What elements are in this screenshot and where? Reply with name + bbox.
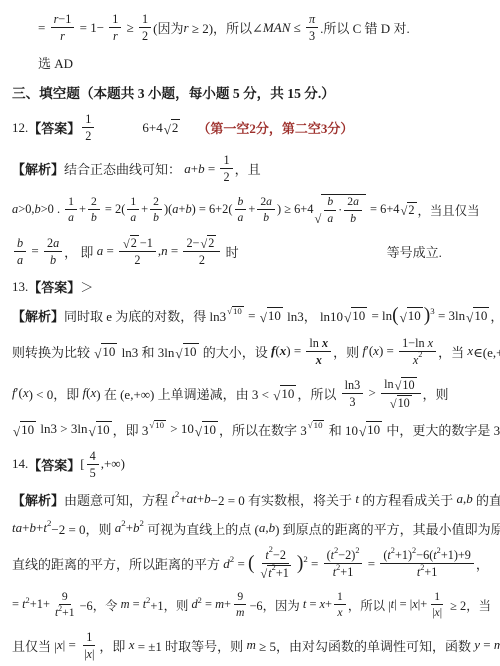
sqrt-expression: √10 (359, 421, 382, 438)
fraction: √2−12 (119, 235, 156, 267)
superscript: 2 (121, 519, 125, 528)
superscript: 3 (430, 307, 434, 316)
fraction: 1x (334, 590, 346, 620)
fraction: 2b (88, 195, 100, 225)
radical-sign-icon: √ (359, 421, 366, 438)
math-variable: b (91, 211, 97, 224)
fraction: 1|x| (81, 630, 97, 661)
fraction: ln33 (342, 378, 364, 409)
math-variable: π (309, 12, 315, 26)
fraction: 1a (127, 195, 139, 225)
fraction: (t2−2)2t2+1 (324, 548, 363, 579)
superscript: 2 (420, 564, 424, 572)
q13-analysis-line3: f′(x) < 0，即 f(x) 在 (e,+∞) 上单调递减，由 3 < √1… (12, 377, 494, 410)
q12-analysis-line2: a>0,b>0 . 1a+2b = 2(1a+2b)(a+b) = 6+2(ba… (12, 194, 494, 225)
math-variable: a (259, 520, 266, 536)
math-variable: r (184, 20, 189, 36)
radical-sign-icon: √ (175, 343, 182, 360)
sqrt-expression: √10 (195, 421, 218, 438)
math-variable: a (97, 243, 104, 259)
superscript: 2 (26, 596, 30, 604)
math-variable-bold: f (271, 343, 275, 359)
math-variable: f (83, 385, 87, 401)
q14-analysis-line4: = t2+1+9t2+1−6，令 m = t2+1，则 d2 = m+9m−6，… (12, 590, 494, 620)
math-variable-bold: x (316, 353, 322, 367)
fraction: ba (235, 195, 247, 225)
fraction: r−1r (51, 12, 75, 43)
superscript: 2 (303, 555, 307, 564)
math-variable: t (355, 491, 359, 507)
fraction: 9t2+1 (52, 590, 78, 620)
radical-sign-icon: √ (315, 194, 322, 225)
bold-label: 【答案】 (28, 455, 80, 474)
sqrt-expression: √10 (400, 307, 423, 324)
math-variable: r (60, 29, 65, 43)
q14-analysis-line5: 且仅当 |x| = 1|x|，即 x = ±1 时取等号，则 m ≥ 5，由对勾… (12, 630, 494, 661)
superscript: 2 (355, 547, 359, 555)
math-variable: x (129, 637, 135, 653)
math-variable: x (87, 647, 92, 661)
fraction: 2b (150, 195, 162, 225)
sqrt-expression: √2 (164, 119, 181, 136)
math-variable: b (153, 211, 159, 224)
math-variable: m (215, 597, 224, 612)
q11-solution-formula: = r−1r = 1− 1r ≥ 12(因为r ≥ 2)，所以∠MAN ≤ π3… (12, 12, 494, 43)
superscript: 2 (418, 351, 422, 359)
math-variable: f (362, 343, 366, 359)
q11-answer-choice: 选 AD (12, 53, 494, 72)
bold-label: 【答案】 (28, 118, 80, 137)
q14-analysis-line2: ta+b+t2−2 = 0，则 a2+b2 可视为直线上的点 (a,b) 到原点… (12, 519, 494, 538)
math-variable: b (327, 195, 333, 208)
radical-sign-icon: √ (123, 235, 130, 250)
q12-analysis-line1: 【解析】结合正态曲线可知： a+b = 12，且 (12, 153, 494, 184)
sqrt-expression: √10 (395, 377, 417, 392)
radical-sign-icon: √ (88, 421, 95, 438)
q13-analysis-line1: 【解析】同时取 e 为底的对数，得 ln3√10 = √10 ln3， ln10… (12, 306, 494, 326)
math-variable: y (474, 637, 480, 653)
fraction: 2−√22 (183, 235, 220, 267)
math-variable: m (236, 606, 244, 619)
big-paren: ( (248, 554, 255, 574)
math-variable: at (187, 491, 197, 507)
fraction: 12 (82, 112, 94, 143)
fraction: (t2+1)2−6(t2+1)+9t2+1 (380, 548, 474, 579)
math-variable: x (320, 597, 326, 612)
superscript: 2 (272, 564, 276, 572)
sqrt-expression: √2 (200, 235, 216, 250)
radical-sign-icon: √ (344, 307, 351, 324)
math-variable: b (17, 236, 23, 250)
math-variable: MAN (263, 20, 290, 36)
score-note: （第一空2分，第二空3分） (197, 118, 353, 137)
superscript: 2 (140, 519, 144, 528)
sqrt-expression: √10 (344, 307, 367, 324)
math-variable: r (54, 12, 59, 26)
spacer (96, 127, 142, 128)
superscript: 2 (334, 547, 338, 555)
math-variable: a (353, 195, 359, 208)
section3-heading: 三、填空题（本题共 3 小题，每小题 5 分，共 15 分.） (12, 82, 494, 102)
q14-answer-line: 14.【答案】[45,+∞) (12, 449, 494, 480)
fraction: 2ab (44, 236, 62, 267)
spacer (181, 127, 197, 128)
math-variable: b (204, 491, 211, 507)
math-variable: a (130, 211, 136, 224)
math-variable: f (12, 385, 16, 401)
fraction: 1r (109, 12, 121, 43)
math-variable: b (198, 161, 205, 177)
fraction: 2ab (344, 195, 362, 225)
math-variable: x (337, 606, 342, 619)
math-variable: b (269, 520, 276, 536)
fraction: 12 (139, 12, 151, 43)
math-variable: ta (12, 520, 22, 536)
superscript: 2 (198, 596, 202, 604)
math-variable: r (113, 29, 118, 43)
math-variable: x (435, 606, 440, 619)
math-variable: b (185, 202, 191, 217)
fraction: ba (324, 195, 336, 225)
math-variable: x (467, 343, 473, 359)
sqrt-expression: √10 (88, 421, 111, 438)
bold-label: 【答案】 (28, 277, 80, 296)
superscript: 2 (230, 555, 234, 564)
sqrt-expression: √ba·2ab (315, 194, 366, 225)
fraction: 12 (220, 153, 232, 184)
math-variable: m (121, 597, 130, 612)
radical-sign-icon: √ (260, 307, 267, 324)
radical-sign-icon: √ (390, 395, 397, 410)
math-variable: b (350, 212, 356, 225)
sqrt-expression: √10 (466, 307, 489, 324)
math-variable: b (466, 491, 473, 507)
fraction: ln√10√10 (381, 377, 420, 410)
math-variable: a (172, 202, 178, 217)
fraction: 1−ln xx2 (399, 336, 436, 367)
math-variable: b (238, 195, 244, 208)
math-variable: t (391, 597, 394, 612)
fraction: t2−2√t2+1 (257, 548, 295, 580)
document-page: = r−1r = 1− 1r ≥ 12(因为r ≥ 2)，所以∠MAN ≤ π3… (0, 0, 500, 661)
superscript: 2 (47, 519, 51, 528)
math-variable: b (29, 520, 36, 536)
bold-label: 【解析】 (12, 490, 64, 509)
math-variable: x (90, 385, 96, 401)
q12-answer-line: 12.【答案】126+4√2（第一空2分，第二空3分） (12, 112, 494, 143)
superscript: 2 (175, 490, 179, 499)
fraction: 2ab (257, 195, 275, 225)
math-variable: a (238, 211, 244, 224)
superscript: 2 (336, 564, 340, 572)
math-variable: a (327, 212, 333, 225)
superscript: 2 (146, 596, 150, 604)
superscript: √10 (307, 420, 326, 430)
math-variable: t (303, 597, 306, 612)
math-variable: b (34, 202, 40, 217)
math-variable-bold: x (322, 336, 328, 350)
math-variable: m (494, 637, 500, 653)
sqrt-expression: √t2+1 (261, 565, 291, 580)
sqrt-expression: √10 (94, 343, 117, 360)
sqrt-expression: √10 (308, 420, 325, 430)
math-variable: a (17, 253, 23, 267)
q13-analysis-line4: √10 ln3 > 3ln√10，即 3√10 > 10√10，所以在数字 3√… (12, 420, 494, 439)
math-variable: a (12, 202, 18, 217)
radical-sign-icon: √ (466, 307, 473, 324)
superscript: 2 (412, 547, 416, 555)
spacer (239, 251, 387, 252)
superscript: 2 (437, 547, 441, 555)
sqrt-expression: √10 (175, 343, 198, 360)
math-variable: x (412, 597, 418, 612)
big-paren: ( (392, 306, 399, 326)
q12-analysis-line3: ba = 2ab， 即 a = √2−12,n = 2−√22 时等号成立. (12, 235, 494, 267)
sqrt-expression: √2 (401, 202, 417, 218)
bold-label: 【解析】 (12, 159, 64, 178)
superscript: √10 (148, 420, 167, 430)
radical-sign-icon: √ (13, 421, 20, 438)
math-variable: a (184, 161, 191, 177)
superscript: 2 (391, 547, 395, 555)
q13-answer-line: 13.【答案】＞ (12, 277, 494, 296)
fraction: 45 (87, 449, 99, 480)
math-variable: x (373, 343, 379, 359)
q14-analysis-line3: 直线的距离的平方，所以距离的平方 d2 = (t2−2√t2+1)2 = (t2… (12, 548, 494, 580)
q14-analysis-line1: 【解析】由题意可知，方程 t2+at+b−2 = 0 有实数根，将关于 t 的方… (12, 490, 494, 509)
fraction: ba (14, 236, 26, 267)
radical-sign-icon: √ (94, 343, 101, 360)
bold-label: 三、填空题（本题共 3 小题，每小题 5 分，共 15 分.） (12, 82, 335, 102)
sqrt-expression: √10 (149, 420, 166, 430)
sqrt-expression: √2 (123, 235, 139, 250)
math-variable: x (57, 637, 63, 653)
math-variable: a (68, 211, 74, 224)
radical-sign-icon: √ (401, 202, 408, 218)
bold-label: 【解析】 (12, 306, 64, 325)
sqrt-expression: √10 (390, 395, 412, 410)
math-variable: a (53, 236, 59, 250)
math-variable: n (161, 243, 168, 259)
radical-sign-icon: √ (195, 421, 202, 438)
radical-sign-icon: √ (400, 307, 407, 324)
fraction: ln xx (306, 336, 331, 367)
math-variable: b (263, 211, 269, 224)
math-variable: x (23, 385, 29, 401)
superscript: 2 (58, 605, 62, 613)
superscript: 2 (269, 546, 273, 554)
sqrt-expression: √10 (273, 385, 296, 402)
radical-sign-icon: √ (164, 119, 171, 136)
fraction: 1a (65, 195, 77, 225)
math-variable: x (428, 336, 433, 350)
radical-sign-icon: √ (395, 377, 402, 392)
fraction: π3 (306, 12, 318, 43)
sqrt-expression: √10 (227, 306, 244, 316)
radical-sign-icon: √ (273, 385, 280, 402)
math-variable: b (50, 253, 56, 267)
math-variable-bold: x (280, 343, 287, 359)
sqrt-expression: √10 (13, 421, 36, 438)
fraction: 1|x| (429, 590, 445, 620)
math-variable: a (266, 195, 272, 208)
radical-sign-icon: √ (200, 235, 207, 250)
math-variable: m (246, 637, 255, 653)
superscript: √10 (226, 306, 245, 316)
sqrt-expression: √10 (260, 307, 283, 324)
radical-sign-icon: √ (261, 565, 268, 580)
fraction: 9m (233, 590, 247, 620)
math-variable: a (456, 491, 463, 507)
q13-analysis-line2: 则转换为比较 √10 ln3 和 3ln√10 的大小，设 f(x) = ln … (12, 336, 494, 367)
